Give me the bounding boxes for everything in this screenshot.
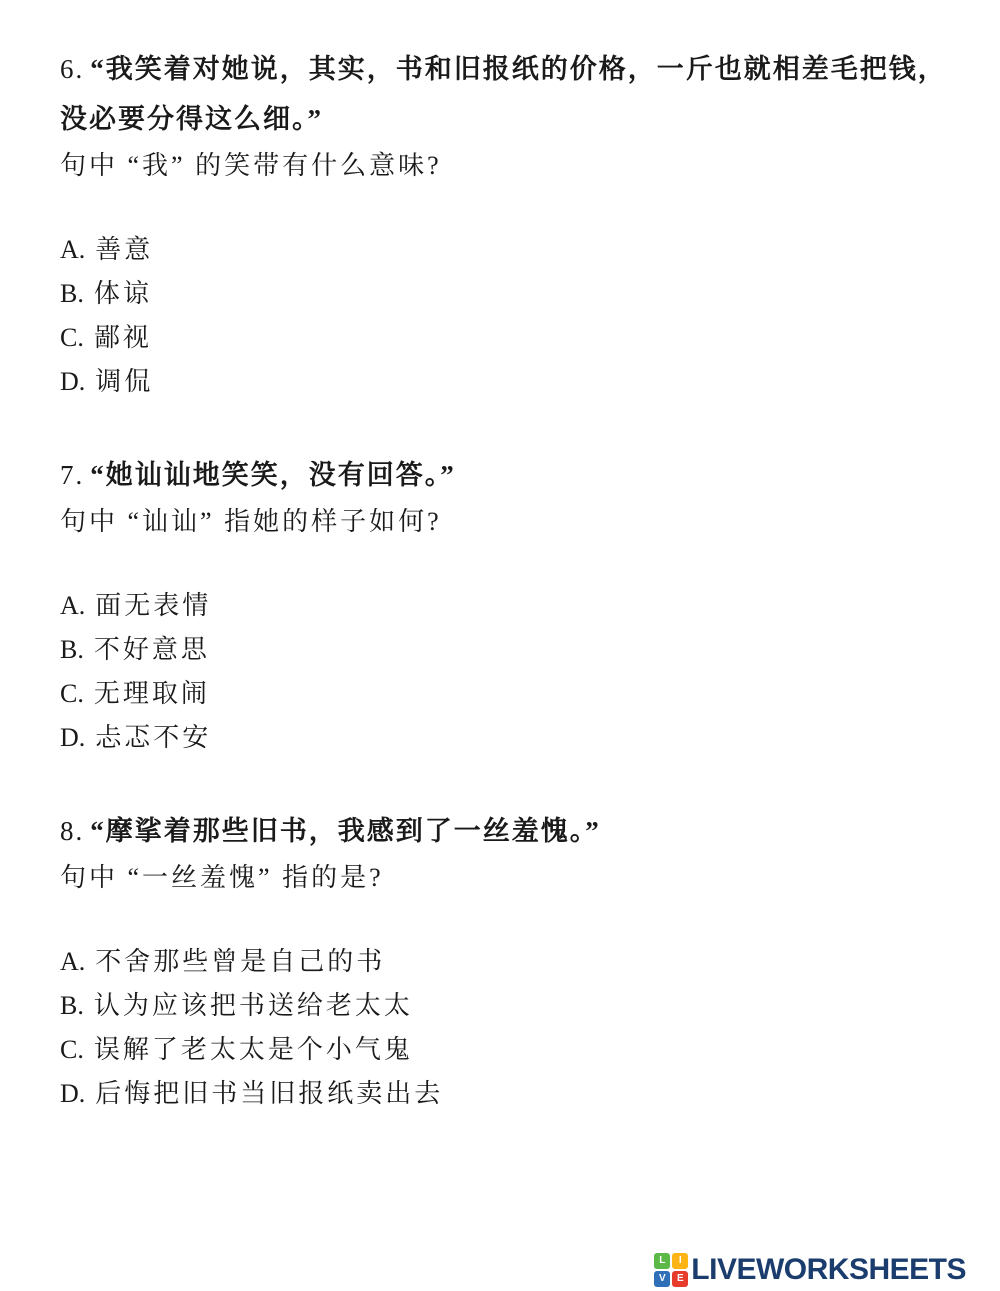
worksheet-page: 6.“我笑着对她说，其实，书和旧报纸的价格，一斤也就相差毛把钱，没必要分得这么细… — [0, 0, 1000, 1116]
option-label: A. — [60, 947, 85, 976]
question-quote: “摩挲着那些旧书，我感到了一丝羞愧。” — [90, 816, 601, 846]
question-prompt: 句中 “讪讪” 指她的样子如何? — [60, 500, 960, 544]
option-text: 面无表情 — [95, 591, 211, 620]
option-row-c[interactable]: C.鄙视 — [60, 316, 960, 360]
option-row-d[interactable]: D.忐忑不安 — [60, 716, 960, 760]
question-number: 7. — [60, 460, 84, 490]
option-label: C. — [60, 323, 84, 352]
logo-cell-i: I — [672, 1253, 688, 1269]
option-text: 后悔把旧书当旧报纸卖出去 — [95, 1079, 443, 1108]
option-row-c[interactable]: C.误解了老太太是个小气鬼 — [60, 1028, 960, 1072]
liveworksheets-wordmark: LIVEWORKSHEETS — [691, 1253, 966, 1287]
logo-cell-e: E — [672, 1271, 688, 1287]
option-label: C. — [60, 1035, 84, 1064]
logo-cell-v: V — [654, 1271, 670, 1287]
question-number: 8. — [60, 816, 84, 846]
question-6-options: A.善意 B.体谅 C.鄙视 D.调侃 — [60, 228, 960, 404]
option-label: D. — [60, 723, 85, 752]
option-text: 善意 — [95, 235, 153, 264]
option-text: 忐忑不安 — [95, 723, 211, 752]
question-number: 6. — [60, 54, 84, 84]
option-text: 鄙视 — [94, 323, 152, 352]
option-row-d[interactable]: D.调侃 — [60, 360, 960, 404]
option-text: 误解了老太太是个小气鬼 — [94, 1035, 413, 1064]
option-row-b[interactable]: B.不好意思 — [60, 628, 960, 672]
option-label: A. — [60, 235, 85, 264]
question-8-options: A.不舍那些曾是自己的书 B.认为应该把书送给老太太 C.误解了老太太是个小气鬼… — [60, 940, 960, 1116]
question-quote: “她讪讪地笑笑，没有回答。” — [90, 460, 456, 490]
liveworksheets-logo-icon: L I V E — [654, 1253, 688, 1287]
option-label: D. — [60, 1079, 85, 1108]
option-row-d[interactable]: D.后悔把旧书当旧报纸卖出去 — [60, 1072, 960, 1116]
question-8: 8.“摩挲着那些旧书，我感到了一丝羞愧。” 句中 “一丝羞愧” 指的是? A.不… — [60, 806, 960, 1116]
option-label: D. — [60, 367, 85, 396]
option-row-b[interactable]: B.体谅 — [60, 272, 960, 316]
question-prompt: 句中 “一丝羞愧” 指的是? — [60, 856, 960, 900]
question-prompt: 句中 “我” 的笑带有什么意味? — [60, 144, 960, 188]
option-text: 不好意思 — [94, 635, 210, 664]
option-label: A. — [60, 591, 85, 620]
option-row-a[interactable]: A.不舍那些曾是自己的书 — [60, 940, 960, 984]
question-6: 6.“我笑着对她说，其实，书和旧报纸的价格，一斤也就相差毛把钱，没必要分得这么细… — [60, 44, 960, 404]
option-text: 体谅 — [94, 279, 152, 308]
option-label: B. — [60, 635, 84, 664]
option-row-a[interactable]: A.面无表情 — [60, 584, 960, 628]
question-7-options: A.面无表情 B.不好意思 C.无理取闹 D.忐忑不安 — [60, 584, 960, 760]
question-7-header: 7.“她讪讪地笑笑，没有回答。” — [60, 450, 960, 500]
question-6-header: 6.“我笑着对她说，其实，书和旧报纸的价格，一斤也就相差毛把钱，没必要分得这么细… — [60, 44, 960, 144]
option-label: C. — [60, 679, 84, 708]
option-row-c[interactable]: C.无理取闹 — [60, 672, 960, 716]
option-label: B. — [60, 991, 84, 1020]
liveworksheets-logo[interactable]: L I V E LIVEWORKSHEETS — [654, 1253, 966, 1287]
option-text: 认为应该把书送给老太太 — [94, 991, 413, 1020]
logo-cell-l: L — [654, 1253, 670, 1269]
option-label: B. — [60, 279, 84, 308]
option-row-a[interactable]: A.善意 — [60, 228, 960, 272]
option-row-b[interactable]: B.认为应该把书送给老太太 — [60, 984, 960, 1028]
question-7: 7.“她讪讪地笑笑，没有回答。” 句中 “讪讪” 指她的样子如何? A.面无表情… — [60, 450, 960, 760]
question-quote: “我笑着对她说，其实，书和旧报纸的价格，一斤也就相差毛把钱，没必要分得这么细。” — [60, 54, 947, 134]
option-text: 不舍那些曾是自己的书 — [95, 947, 385, 976]
option-text: 调侃 — [95, 367, 153, 396]
question-8-header: 8.“摩挲着那些旧书，我感到了一丝羞愧。” — [60, 806, 960, 856]
option-text: 无理取闹 — [94, 679, 210, 708]
